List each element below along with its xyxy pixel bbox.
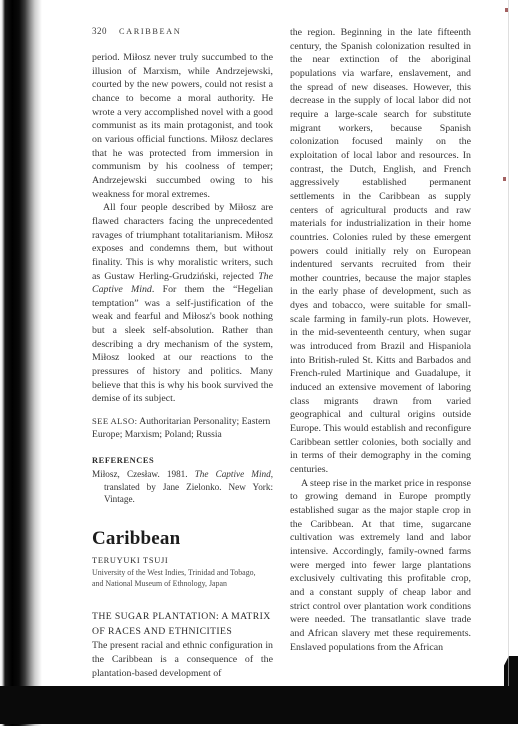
paragraph-milosz-1: period. Miłosz never truly succumbed to … [92, 51, 273, 201]
right-column: the region. Beginning in the late fiftee… [290, 26, 471, 680]
author-affiliation-line1: University of the West Indies, Trinidad … [92, 568, 273, 579]
scanned-book-page: 320CARIBBEAN period. Miłosz never truly … [0, 0, 518, 730]
article-paragraph-2: A steep rise in the market price in resp… [290, 477, 471, 655]
paragraph-milosz-2: All four people described by Miłosz are … [92, 201, 273, 406]
see-also-label: SEE ALSO: [92, 416, 137, 426]
references-heading: REFERENCES [92, 456, 273, 465]
left-column: 320CARIBBEAN period. Miłosz never truly … [92, 26, 273, 680]
article-paragraph-1: The present racial and ethnic configurat… [92, 639, 273, 680]
article-author: TERUYUKI TSUJI [92, 556, 273, 565]
reference-title-italic: The Captive Mind [195, 469, 271, 479]
section-heading: THE SUGAR PLANTATION: A MATRIX OF RACES … [92, 610, 273, 639]
scan-artifact-speck [503, 177, 506, 181]
book-binding-shadow [0, 0, 42, 726]
paragraph-text: . For them the “Hegelian temptation” was… [92, 284, 273, 404]
page-bottom-scan-shadow [0, 686, 518, 724]
page-bottom-right-shadow [504, 656, 518, 690]
scan-artifact-speck [505, 8, 508, 12]
author-affiliation-line2: and National Museum of Ethnology, Japan [92, 579, 273, 590]
two-column-text-area: 320CARIBBEAN period. Miłosz never truly … [92, 26, 471, 680]
running-header: 320CARIBBEAN [92, 26, 273, 36]
see-also-block: SEE ALSO: Authoritarian Personality; Eas… [92, 415, 273, 442]
reference-entry: Miłosz, Czesław. 1981. The Captive Mind,… [92, 468, 273, 506]
reference-author-year: Miłosz, Czesław. 1981. [92, 469, 195, 479]
page-edge-line [508, 0, 509, 686]
article-title: Caribbean [92, 528, 273, 550]
running-title: CARIBBEAN [119, 27, 181, 36]
page-number: 320 [92, 26, 107, 36]
paragraph-text: All four people described by Miłosz are … [92, 202, 273, 281]
article-paragraph-continued: the region. Beginning in the late fiftee… [290, 26, 471, 477]
